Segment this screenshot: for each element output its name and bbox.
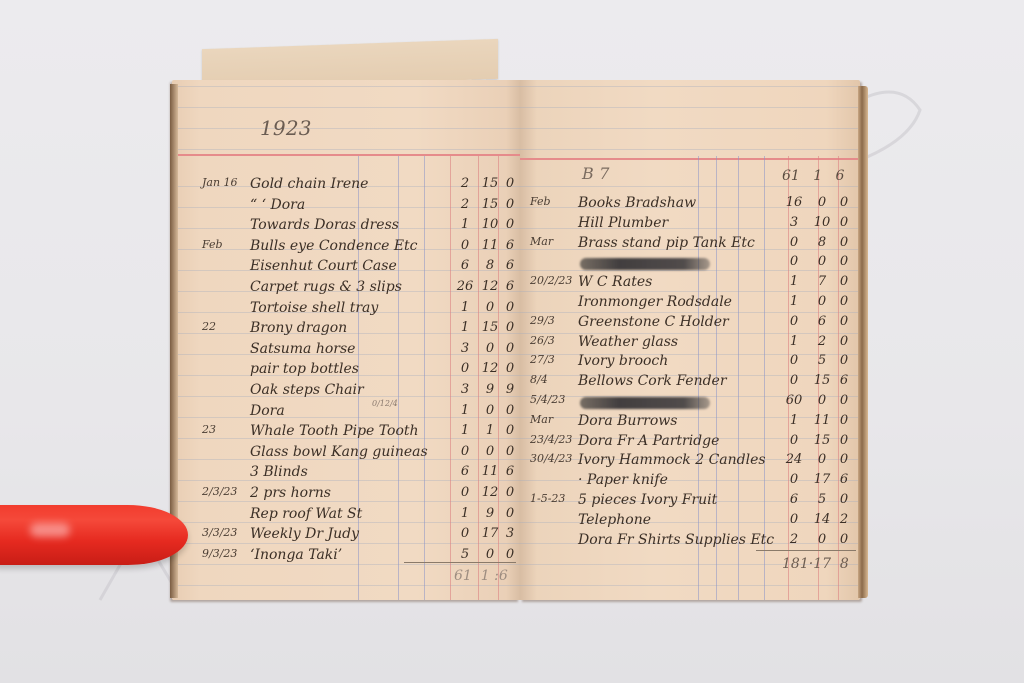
entry-description: Weather glass (578, 334, 678, 350)
entry-date: 20/2/23 (530, 274, 572, 287)
ledger-row: 29/3Greenstone C Holder060 (520, 314, 860, 335)
amount-pence: 0 (498, 485, 520, 500)
entry-description: Whale Tooth Pipe Tooth (250, 423, 419, 439)
entry-description: Eisenhut Court Case (250, 258, 397, 274)
amount-pounds: 26 (453, 279, 477, 294)
header-rule (520, 158, 860, 160)
amount-pence: 0 (832, 433, 856, 448)
amount-pounds: 60 (782, 393, 806, 408)
amount-pounds: 0 (782, 512, 806, 527)
amount-pence: 6 (498, 258, 520, 273)
ledger-row: 23Whale Tooth Pipe Tooth110 (172, 423, 520, 444)
ledger-row: 20/2/23W C Rates170 (520, 274, 860, 295)
entry-description: “ ‘ Dora (250, 197, 305, 213)
entry-date: Feb (202, 238, 223, 251)
amount-pounds: 1 (453, 217, 477, 232)
ledger-row: Satsuma horse300 (172, 341, 520, 362)
amount-shillings: 0 (810, 254, 834, 269)
redacted-scribble (580, 397, 710, 409)
amount-shillings: 10 (810, 215, 834, 230)
entry-description: Bellows Cork Fender (578, 373, 727, 389)
entry-description: Oak steps Chair (250, 382, 364, 398)
entry-date: 1-5-23 (530, 492, 565, 505)
entry-description: Tortoise shell tray (250, 300, 378, 316)
amount-pounds: 1 (782, 334, 806, 349)
amount-pounds: 0 (782, 353, 806, 368)
amount-pence: 0 (832, 532, 856, 547)
left-page-total: 61 1 :6 (454, 568, 508, 584)
entry-description: Brony dragon (250, 320, 347, 336)
amount-pence: 0 (832, 235, 856, 250)
amount-pence: 0 (832, 215, 856, 230)
entry-date: 2/3/23 (202, 485, 237, 498)
entry-description: Dora Burrows (578, 413, 677, 429)
amount-pounds: 1 (782, 274, 806, 289)
entry-description: Dora (250, 403, 285, 419)
amount-pence: 0 (498, 361, 520, 376)
total-rule (756, 550, 856, 551)
amount-pounds: 1 (453, 320, 477, 335)
ledger-row: MarBrass stand pip Tank Etc080 (520, 235, 860, 256)
entry-date: 23/4/23 (530, 433, 572, 446)
entry-description: W C Rates (578, 274, 652, 290)
amount-pounds: 1 (782, 294, 806, 309)
entry-description: · Paper knife (578, 472, 668, 488)
entry-date: 5/4/23 (530, 393, 565, 406)
amount-pounds: 6 (453, 464, 477, 479)
amount-pence: 0 (498, 547, 520, 562)
ledger-row: Dora0/12/4100 (172, 403, 520, 424)
entry-date: Mar (530, 235, 553, 248)
entry-description: Weekly Dr Judy (250, 526, 359, 542)
amount-pence: 6 (498, 238, 520, 253)
amount-shillings: 15 (810, 373, 834, 388)
right-page: B 7 61 1 6 FebBooks Bradshaw1600Hill Plu… (520, 80, 860, 600)
ledger-row: Telephone0142 (520, 512, 860, 533)
entry-description: 3 Blinds (250, 464, 308, 480)
ledger-row: 27/3Ivory brooch050 (520, 353, 860, 374)
ledger-row: Rep roof Wat St190 (172, 506, 520, 527)
amount-pence: 0 (498, 217, 520, 232)
entry-date: 26/3 (530, 334, 555, 347)
amount-shillings: 14 (810, 512, 834, 527)
ledger-row: Ironmonger Rodsdale100 (520, 294, 860, 315)
ledger-row: Eisenhut Court Case686 (172, 258, 520, 279)
entry-description: Dora Fr A Partridge (578, 433, 719, 449)
amount-pence: 0 (498, 444, 520, 459)
entry-description: Dora Fr Shirts Supplies Etc (578, 532, 774, 548)
entry-date: 9/3/23 (202, 547, 237, 560)
ledger-row: 30/4/23Ivory Hammock 2 Candles2400 (520, 452, 860, 473)
amount-pounds: 3 (453, 382, 477, 397)
amount-pounds: 0 (782, 314, 806, 329)
amount-pence: 0 (832, 393, 856, 408)
amount-pounds: 1 (453, 506, 477, 521)
ledger-row: · Paper knife0176 (520, 472, 860, 493)
amount-pounds: 0 (782, 433, 806, 448)
amount-shillings: 8 (810, 235, 834, 250)
entry-description: Bulls eye Condence Etc (250, 238, 418, 254)
ledger-row: Oak steps Chair399 (172, 382, 520, 403)
amount-pounds: 2 (453, 176, 477, 191)
ledger-row: 2/3/232 prs horns0120 (172, 485, 520, 506)
amount-shillings: 0 (810, 452, 834, 467)
ledger-row: 9/3/23‘Inonga Taki’500 (172, 547, 520, 568)
redacted-scribble (580, 258, 710, 270)
amount-pence: 0 (832, 195, 856, 210)
left-page: 1923 Jan 16Gold chain Irene2150“ ‘ Dora2… (172, 80, 520, 600)
amount-pence: 6 (832, 373, 856, 388)
amount-pounds: 0 (453, 361, 477, 376)
amount-pence: 9 (498, 382, 520, 397)
amount-pounds: 1 (453, 300, 477, 315)
amount-pounds: 0 (453, 526, 477, 541)
entry-description: Gold chain Irene (250, 176, 368, 192)
ledger-row: 1-5-235 pieces Ivory Fruit650 (520, 492, 860, 513)
amount-pounds: 2 (782, 532, 806, 547)
entry-date: 22 (202, 320, 216, 333)
amount-pence: 0 (498, 197, 520, 212)
entry-description: 5 pieces Ivory Fruit (578, 492, 717, 508)
ledger-row: “ ‘ Dora2150 (172, 197, 520, 218)
amount-pence: 0 (832, 492, 856, 507)
book-page-edge-right (858, 86, 868, 598)
red-pen (0, 505, 188, 565)
amount-pence: 0 (498, 423, 520, 438)
entry-date: 3/3/23 (202, 526, 237, 539)
amount-pence: 6 (498, 464, 520, 479)
ledger-row: Glass bowl Kang guineas000 (172, 444, 520, 465)
amount-pounds: 6 (453, 258, 477, 273)
ledger-row: 000 (520, 254, 860, 275)
amount-pounds: 0 (453, 444, 477, 459)
amount-shillings: 0 (810, 532, 834, 547)
entry-description: ‘Inonga Taki’ (250, 547, 342, 563)
amount-pounds: 1 (453, 423, 477, 438)
entry-date: Feb (530, 195, 551, 208)
entry-description: pair top bottles (250, 361, 359, 377)
entry-date: 23 (202, 423, 216, 436)
amount-pounds: 1 (782, 413, 806, 428)
amount-pounds: 0 (782, 472, 806, 487)
entry-date: Jan 16 (202, 176, 238, 189)
amount-pounds: 0 (782, 235, 806, 250)
total-rule (404, 562, 516, 563)
entry-date: 29/3 (530, 314, 555, 327)
amount-shillings: 6 (810, 314, 834, 329)
page-header: B 7 (582, 164, 610, 183)
year-header: 1923 (260, 116, 312, 140)
amount-pounds: 0 (782, 254, 806, 269)
entry-description: Rep roof Wat St (250, 506, 362, 522)
amount-pounds: 2 (453, 197, 477, 212)
entry-description: Greenstone C Holder (578, 314, 729, 330)
amount-pence: 0 (498, 506, 520, 521)
amount-pounds: 5 (453, 547, 477, 562)
ledger-row: Jan 16Gold chain Irene2150 (172, 176, 520, 197)
amount-pence: 0 (832, 334, 856, 349)
amount-pence: 0 (498, 403, 520, 418)
entry-description: Brass stand pip Tank Etc (578, 235, 755, 251)
amount-pence: 0 (832, 294, 856, 309)
ledger-row: 26/3Weather glass120 (520, 334, 860, 355)
entry-date: 27/3 (530, 353, 555, 366)
amount-shillings: 0 (810, 195, 834, 210)
amount-shillings: 5 (810, 353, 834, 368)
ledger-row: 23/4/23Dora Fr A Partridge0150 (520, 433, 860, 454)
entry-description: Books Bradshaw (578, 195, 696, 211)
entry-description: Glass bowl Kang guineas (250, 444, 428, 460)
entry-description: Carpet rugs & 3 slips (250, 279, 402, 295)
ledger-row: Tortoise shell tray100 (172, 300, 520, 321)
amount-pence: 3 (498, 526, 520, 541)
amount-pounds: 1 (453, 403, 477, 418)
header-rule (172, 154, 520, 156)
amount-pence: 0 (832, 274, 856, 289)
ledger-book: 1923 Jan 16Gold chain Irene2150“ ‘ Dora2… (172, 72, 866, 604)
entry-description: Satsuma horse (250, 341, 355, 357)
amount-pence: 0 (832, 314, 856, 329)
amount-shillings: 2 (810, 334, 834, 349)
amount-pence: 0 (832, 452, 856, 467)
ledger-row: FebBooks Bradshaw1600 (520, 195, 860, 216)
entry-description: Ivory brooch (578, 353, 668, 369)
ledger-row: Towards Doras dress1100 (172, 217, 520, 238)
entry-description: Towards Doras dress (250, 217, 399, 233)
ledger-row: 3/3/23Weekly Dr Judy0173 (172, 526, 520, 547)
amount-pounds: 16 (782, 195, 806, 210)
amount-shillings: 7 (810, 274, 834, 289)
entry-date: 8/4 (530, 373, 548, 386)
amount-shillings: 15 (810, 433, 834, 448)
amount-pence: 0 (498, 320, 520, 335)
entry-description: Ivory Hammock 2 Candles (578, 452, 766, 468)
amount-pence: 0 (498, 341, 520, 356)
amount-shillings: 11 (810, 413, 834, 428)
right-page-total: 181·17 8 (782, 556, 849, 572)
amount-pounds: 6 (782, 492, 806, 507)
amount-pounds: 3 (453, 341, 477, 356)
brought-forward: 61 1 6 (782, 168, 844, 184)
amount-pounds: 3 (782, 215, 806, 230)
amount-shillings: 5 (810, 492, 834, 507)
amount-pence: 0 (832, 353, 856, 368)
ledger-row: Hill Plumber3100 (520, 215, 860, 236)
amount-pounds: 0 (782, 373, 806, 388)
ledger-row: 22Brony dragon1150 (172, 320, 520, 341)
entry-description: Hill Plumber (578, 215, 668, 231)
amount-shillings: 0 (810, 393, 834, 408)
entry-note: 0/12/4 (372, 399, 398, 408)
ledger-row: 8/4Bellows Cork Fender0156 (520, 373, 860, 394)
ledger-row: FebBulls eye Condence Etc0116 (172, 238, 520, 259)
amount-pence: 0 (498, 300, 520, 315)
amount-shillings: 17 (810, 472, 834, 487)
photo-scene: 1923 Jan 16Gold chain Irene2150“ ‘ Dora2… (0, 0, 1024, 683)
amount-shillings: 0 (810, 294, 834, 309)
entry-description: Ironmonger Rodsdale (578, 294, 732, 310)
entry-date: 30/4/23 (530, 452, 572, 465)
amount-pence: 0 (832, 254, 856, 269)
amount-pence: 0 (832, 413, 856, 428)
entry-description: Telephone (578, 512, 651, 528)
ledger-row: 3 Blinds6116 (172, 464, 520, 485)
ledger-row: Carpet rugs & 3 slips26126 (172, 279, 520, 300)
amount-pence: 2 (832, 512, 856, 527)
ledger-row: MarDora Burrows1110 (520, 413, 860, 434)
amount-pounds: 0 (453, 238, 477, 253)
ledger-row: 5/4/236000 (520, 393, 860, 414)
entry-description: 2 prs horns (250, 485, 331, 501)
entry-date: Mar (530, 413, 553, 426)
ledger-row: pair top bottles0120 (172, 361, 520, 382)
amount-pounds: 0 (453, 485, 477, 500)
amount-pence: 0 (498, 176, 520, 191)
amount-pence: 6 (498, 279, 520, 294)
amount-pence: 6 (832, 472, 856, 487)
amount-pounds: 24 (782, 452, 806, 467)
